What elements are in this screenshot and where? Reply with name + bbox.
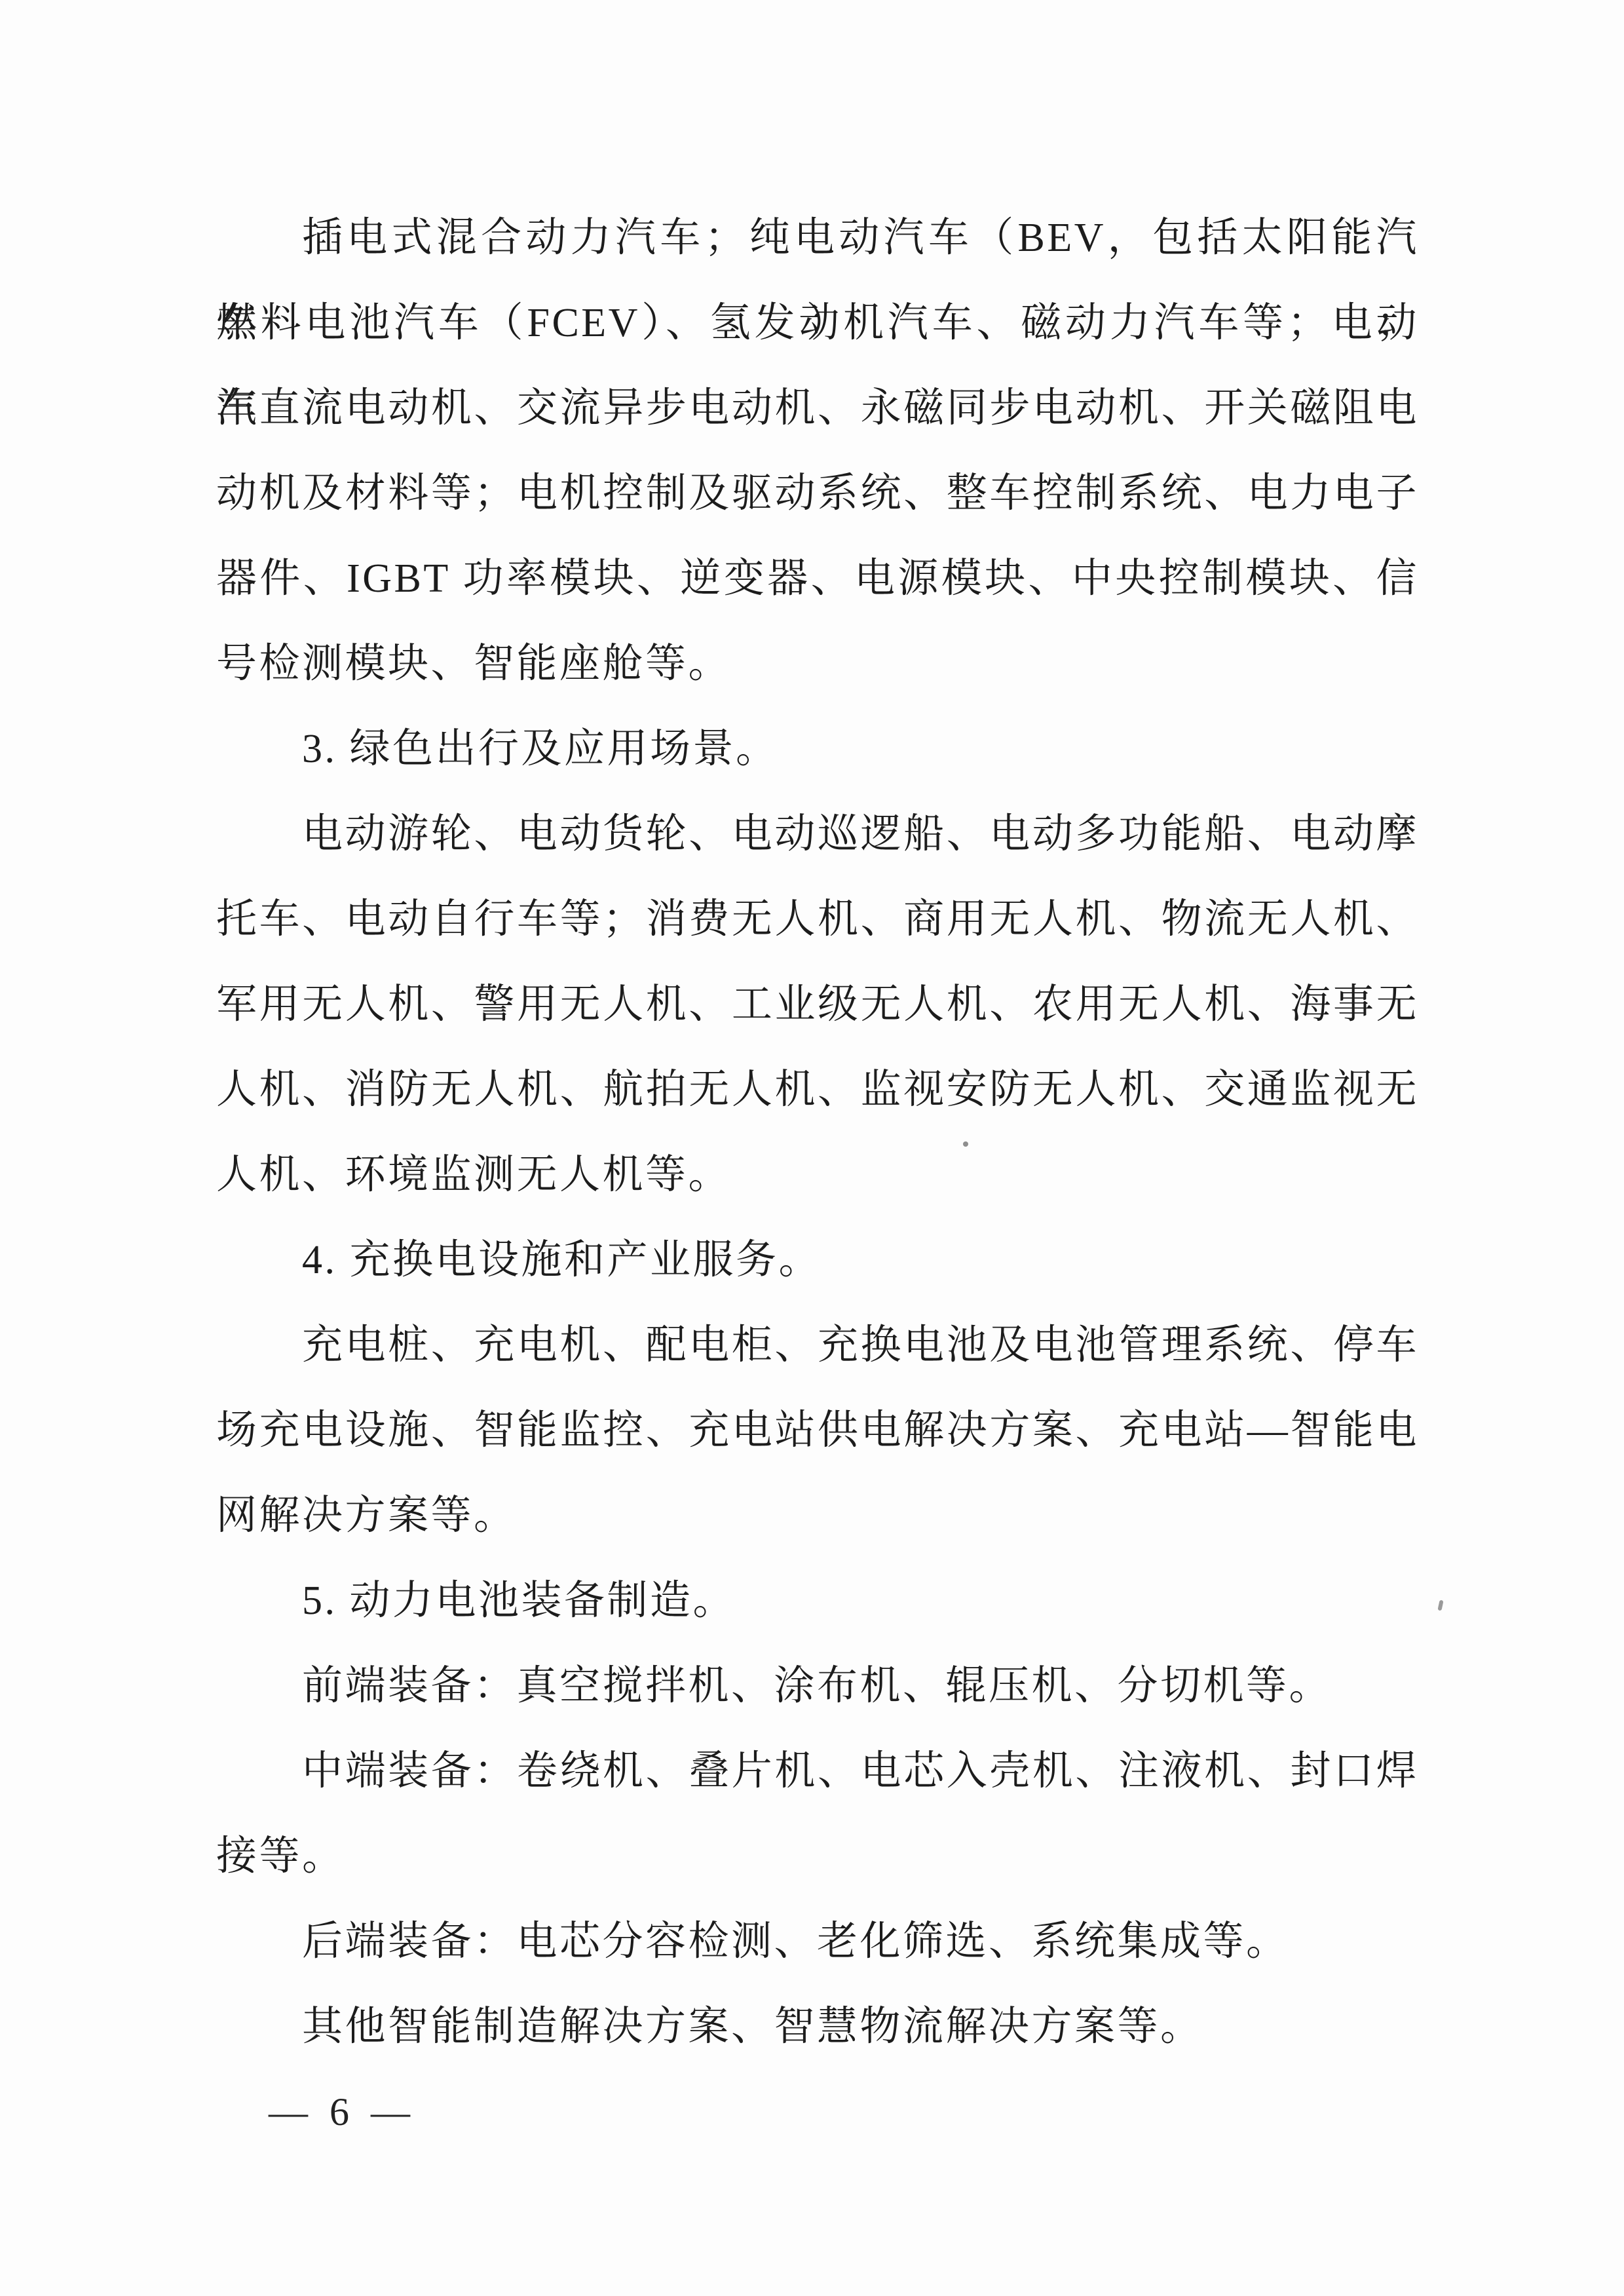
text-line: 充电桩、充电机、配电柜、充换电池及电池管理系统、停车 <box>216 1303 1419 1388</box>
text-line: 号检测模块、智能座舱等。 <box>216 621 1419 706</box>
text-line: 中端装备：卷绕机、叠片机、电芯入壳机、注液机、封口焊 <box>216 1729 1419 1814</box>
text-line: 前端装备：真空搅拌机、涂布机、辊压机、分切机等。 <box>216 1643 1419 1729</box>
section-heading: 4. 充换电设施和产业服务。 <box>216 1217 1419 1303</box>
text-line: 插电式混合动力汽车；纯电动汽车（BEV，包括太阳能汽车）； <box>216 195 1419 280</box>
text-line: 人机、环境监测无人机等。 <box>216 1132 1419 1217</box>
scan-speck <box>963 1141 968 1147</box>
document-body: 插电式混合动力汽车；纯电动汽车（BEV，包括太阳能汽车）； 燃料电池汽车（FCE… <box>216 195 1419 2069</box>
text-line: 网解决方案等。 <box>216 1473 1419 1558</box>
section-heading: 5. 动力电池装备制造。 <box>216 1558 1419 1643</box>
text-line: 车直流电动机、交流异步电动机、永磁同步电动机、开关磁阻电 <box>216 366 1419 451</box>
text-line: 后端装备：电芯分容检测、老化筛选、系统集成等。 <box>216 1899 1419 1984</box>
text-line: 燃料电池汽车（FCEV）、氢发动机汽车、磁动力汽车等；电动汽 <box>216 280 1419 366</box>
text-line: 军用无人机、警用无人机、工业级无人机、农用无人机、海事无 <box>216 962 1419 1047</box>
scanned-document-page: 插电式混合动力汽车；纯电动汽车（BEV，包括太阳能汽车）； 燃料电池汽车（FCE… <box>0 0 1624 2296</box>
text-line: 电动游轮、电动货轮、电动巡逻船、电动多功能船、电动摩 <box>216 792 1419 877</box>
text-line: 接等。 <box>216 1814 1419 1899</box>
text-line: 托车、电动自行车等；消费无人机、商用无人机、物流无人机、 <box>216 877 1419 962</box>
page-number: — 6 — <box>269 2076 416 2148</box>
text-line: 场充电设施、智能监控、充电站供电解决方案、充电站—智能电 <box>216 1388 1419 1473</box>
text-line: 其他智能制造解决方案、智慧物流解决方案等。 <box>216 1984 1419 2069</box>
text-line: 器件、IGBT 功率模块、逆变器、电源模块、中央控制模块、信 <box>216 536 1419 621</box>
text-line: 人机、消防无人机、航拍无人机、监视安防无人机、交通监视无 <box>216 1047 1419 1132</box>
text-line: 动机及材料等；电机控制及驱动系统、整车控制系统、电力电子 <box>216 451 1419 536</box>
section-heading: 3. 绿色出行及应用场景。 <box>216 706 1419 792</box>
scan-speck <box>1437 1600 1443 1611</box>
